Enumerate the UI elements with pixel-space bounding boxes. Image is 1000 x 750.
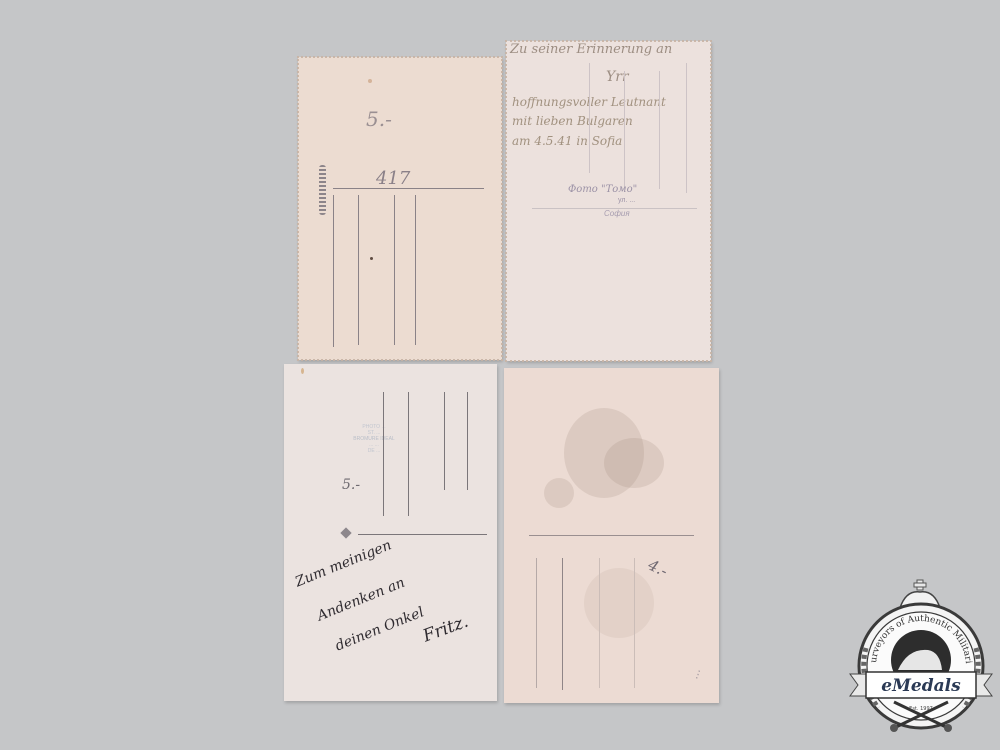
emedals-logo-icon: Purveyors of Authentic Militaria eMedals…: [848, 578, 994, 744]
postcard-top-right: Zu seiner Erinnerung an Yrr hoffnungsvol…: [506, 41, 711, 361]
postcard-bottom-right: 4.- ...: [504, 368, 719, 703]
stamp-line: [358, 195, 359, 345]
pencil-corner-note: ...: [688, 667, 702, 681]
stamp-line: [634, 558, 635, 688]
stamp-line: [394, 195, 395, 345]
stamp-line: [562, 558, 563, 690]
stamp-line: [444, 392, 445, 490]
emedals-watermark: Purveyors of Authentic Militaria eMedals…: [848, 578, 994, 744]
postcard-bottom-left: PHOTO ... ST. ... BROMURE IDEAL ... ... …: [284, 364, 497, 701]
pencil-price: 5.-: [366, 109, 392, 129]
vertical-imprint: [319, 165, 326, 215]
address-divider: [358, 534, 487, 535]
stamp-line: [536, 558, 537, 688]
stamp-line: [383, 392, 384, 516]
postcard-top-left: 5.- 417: [298, 57, 502, 360]
watermark-brand: eMedals: [881, 676, 961, 696]
pencil-number: 417: [376, 170, 410, 188]
stamp-line: [599, 558, 600, 688]
publisher-logo-icon: [340, 527, 351, 538]
stamp-line: [333, 195, 334, 347]
stamp-line: [467, 392, 468, 490]
watermark-established: Est. 1997: [909, 706, 933, 712]
stamp-line: [408, 392, 409, 516]
pencil-price: 4.-: [646, 558, 670, 580]
address-divider: [333, 188, 484, 189]
address-divider: [529, 535, 694, 536]
pencil-price: 5.-: [342, 478, 360, 492]
address-divider: [532, 208, 697, 209]
stamp-line: [415, 195, 416, 345]
